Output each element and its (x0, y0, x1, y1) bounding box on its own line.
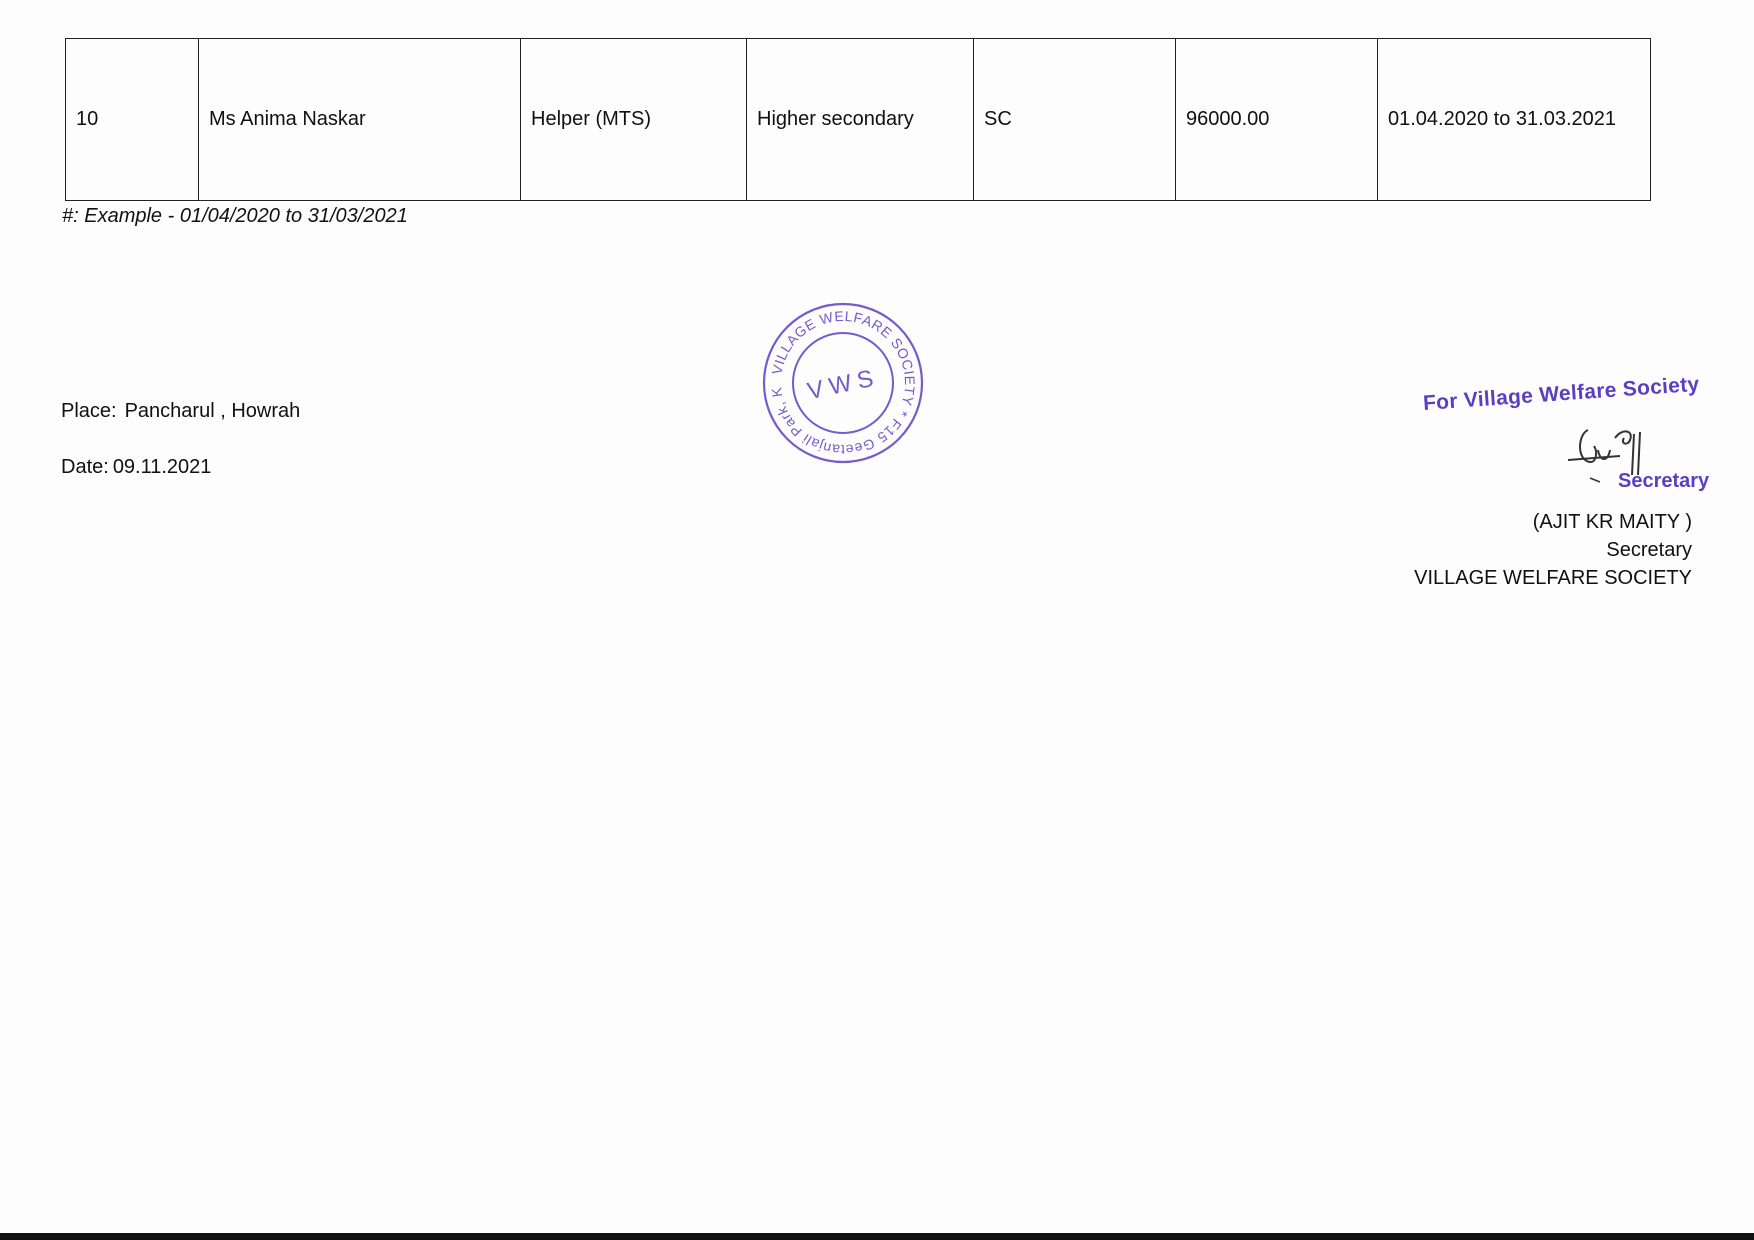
place-label: Place: (61, 400, 117, 422)
footnote: #: Example - 01/04/2020 to 31/03/2021 (62, 205, 408, 228)
table-row: 10 Ms Anima Naskar Helper (MTS) Higher s… (66, 39, 1651, 201)
cell-amount: 96000.00 (1176, 39, 1378, 201)
stamp-center-text: VWS (805, 364, 882, 406)
date-line: Date:09.11.2021 (61, 456, 211, 479)
signature-for-text: For Village Welfare Society (1422, 373, 1700, 416)
signatory-name: (AJIT KR MAITY ) (1414, 508, 1692, 536)
place-line: Place:Pancharul , Howrah (61, 400, 300, 423)
signature-role-stamp: Secretary (1618, 470, 1709, 493)
date-value: 09.11.2021 (113, 456, 212, 478)
signatory-organization: VILLAGE WELFARE SOCIETY (1414, 564, 1692, 592)
date-label: Date: (61, 456, 109, 478)
document-page: 10 Ms Anima Naskar Helper (MTS) Higher s… (0, 0, 1754, 1240)
cell-period: 01.04.2020 to 31.03.2021 (1378, 39, 1651, 201)
signatory-title: Secretary (1414, 536, 1692, 564)
cell-sl-no: 10 (66, 39, 199, 201)
cell-name: Ms Anima Naskar (199, 39, 521, 201)
cell-qualification: Higher secondary (747, 39, 974, 201)
cell-category: SC (974, 39, 1176, 201)
society-stamp-icon: VILLAGE WELFARE SOCIETY * F15 Geetanjali… (760, 300, 926, 466)
scan-edge-bar (0, 1233, 1754, 1240)
cell-designation: Helper (MTS) (521, 39, 747, 201)
place-value: Pancharul , Howrah (125, 400, 301, 422)
staff-table: 10 Ms Anima Naskar Helper (MTS) Higher s… (65, 38, 1651, 201)
signatory-block: (AJIT KR MAITY ) Secretary VILLAGE WELFA… (1414, 508, 1692, 592)
